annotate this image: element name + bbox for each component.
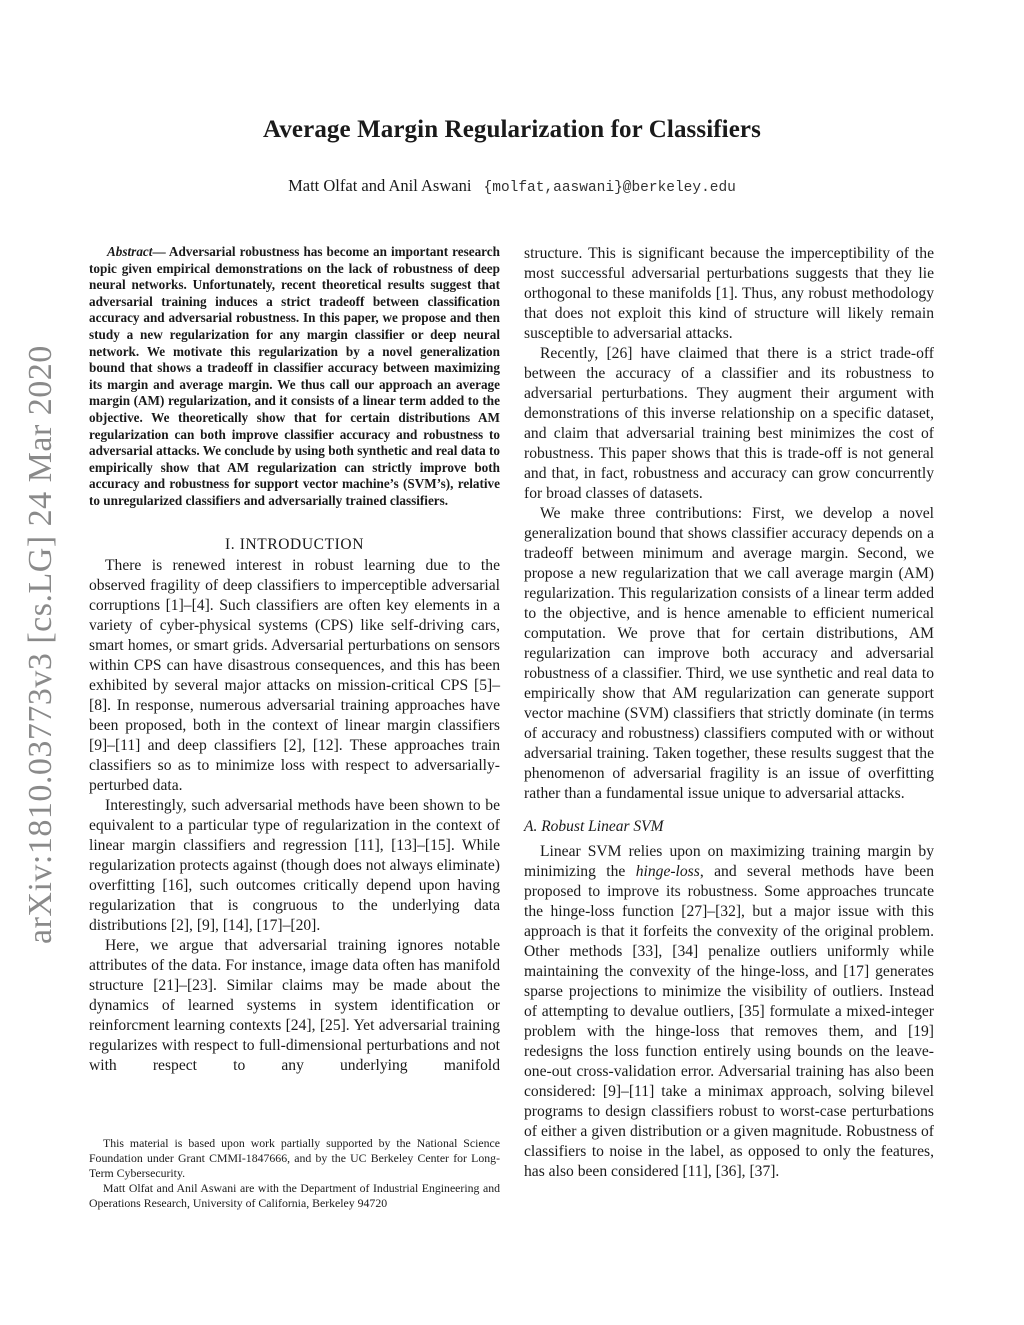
intro-paragraph-4: Recently, [26] have claimed that there i… — [524, 344, 934, 504]
footnotes: This material is based upon work partial… — [89, 1136, 500, 1211]
intro-paragraph-2: Interestingly, such adversarial methods … — [89, 796, 500, 936]
author-email: {molfat,aaswani}@berkeley.edu — [484, 180, 736, 196]
abstract: Abstract— Adversarial robustness has bec… — [89, 244, 500, 510]
hinge-loss-term: hinge-loss — [636, 863, 700, 880]
section-title-introduction: I. INTRODUCTION — [89, 536, 500, 554]
abstract-dash: — — [152, 244, 165, 259]
intro-paragraph-3-continued: structure. This is significant because t… — [524, 244, 934, 344]
footnote-affiliation: Matt Olfat and Anil Aswani are with the … — [89, 1181, 500, 1211]
subsection-title-robust-linear-svm: A. Robust Linear SVM — [524, 818, 934, 836]
abstract-text: Adversarial robustness has become an imp… — [89, 244, 500, 508]
right-column: structure. This is significant because t… — [524, 244, 934, 1182]
arxiv-stamp: arXiv:1810.03773v3 [cs.LG] 24 Mar 2020 — [22, 345, 60, 944]
intro-paragraph-3: Here, we argue that adversarial training… — [89, 936, 500, 1076]
intro-paragraph-5: We make three contributions: First, we d… — [524, 504, 934, 804]
left-column: Abstract— Adversarial robustness has bec… — [89, 244, 500, 1076]
paper-title: Average Margin Regularization for Classi… — [0, 116, 1024, 144]
authors: Matt Olfat and Anil Aswani — [288, 176, 471, 195]
intro-paragraph-1: There is renewed interest in robust lear… — [89, 556, 500, 796]
abstract-label: Abstract — [107, 244, 152, 259]
author-line: Matt Olfat and Anil Aswani {molfat,aaswa… — [0, 176, 1024, 196]
svm-paragraph-1: Linear SVM relies upon on maximizing tra… — [524, 842, 934, 1182]
footnote-funding: This material is based upon work partial… — [89, 1136, 500, 1181]
svm-text-b: , and several methods have been proposed… — [524, 863, 934, 1180]
